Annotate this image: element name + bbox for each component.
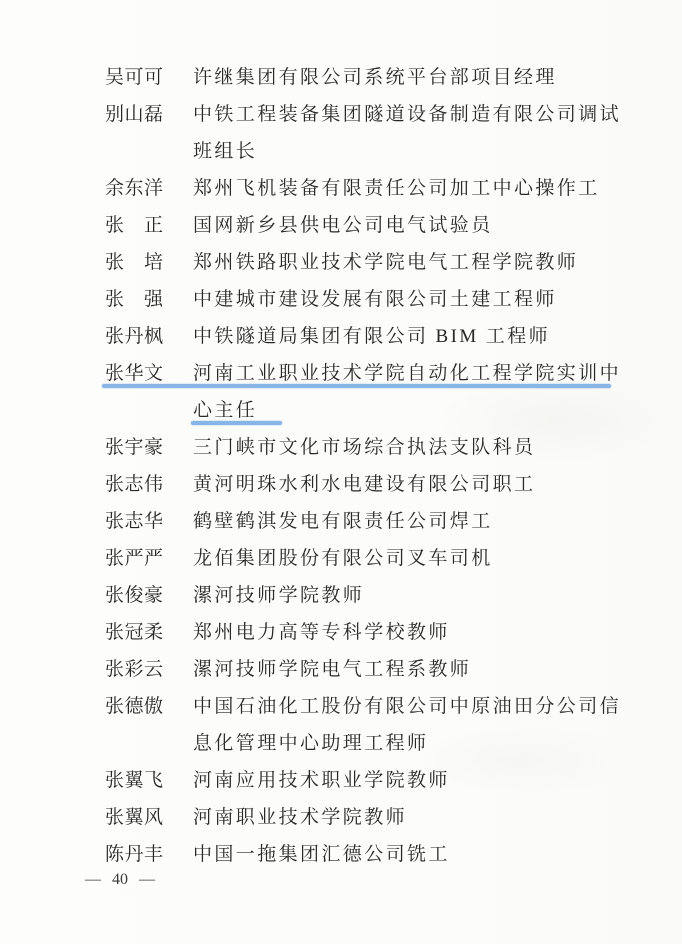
title-line: 河南职业技术学院教师 xyxy=(193,799,407,836)
roster-row: 张冠柔郑州电力高等专科学校教师 xyxy=(105,614,682,651)
person-title: 中铁工程装备集团隧道设备制造有限公司调试班组长 xyxy=(193,96,621,170)
title-line: 鹤壁鹤淇发电有限责任公司焊工 xyxy=(193,503,493,540)
roster-row: 张志伟黄河明珠水利水电建设有限公司职工 xyxy=(105,466,682,503)
person-title: 漯河技师学院电气工程系教师 xyxy=(193,651,471,688)
title-line: 漯河技师学院电气工程系教师 xyxy=(193,651,471,688)
roster-row: 张俊豪漯河技师学院教师 xyxy=(105,577,682,614)
person-title: 中国一拖集团汇德公司铣工 xyxy=(193,836,450,873)
person-title: 郑州电力高等专科学校教师 xyxy=(193,614,450,651)
roster-row: 张华文河南工业职业技术学院自动化工程学院实训中心主任 xyxy=(105,355,682,429)
person-name: 张德傲 xyxy=(105,688,167,725)
person-name: 张 强 xyxy=(105,281,167,318)
title-line: 漯河技师学院教师 xyxy=(193,577,364,614)
person-name: 张冠柔 xyxy=(105,614,167,651)
person-title: 龙佰集团股份有限公司叉车司机 xyxy=(193,540,493,577)
title-line: 中铁隧道局集团有限公司 BIM 工程师 xyxy=(193,318,550,355)
person-title: 郑州铁路职业技术学院电气工程学院教师 xyxy=(193,244,578,281)
roster-row: 张德傲中国石油化工股份有限公司中原油田分公司信息化管理中心助理工程师 xyxy=(105,688,682,762)
roster-row: 张志华鹤壁鹤淇发电有限责任公司焊工 xyxy=(105,503,682,540)
person-name: 张志伟 xyxy=(105,466,167,503)
person-name: 张彩云 xyxy=(105,651,167,688)
roster-row: 张 强中建城市建设发展有限公司土建工程师 xyxy=(105,281,682,318)
title-line: 班组长 xyxy=(193,133,621,170)
roster-row: 张彩云漯河技师学院电气工程系教师 xyxy=(105,651,682,688)
roster-row: 张 正国网新乡县供电公司电气试验员 xyxy=(105,207,682,244)
person-name: 张严严 xyxy=(105,540,167,577)
title-line: 息化管理中心助理工程师 xyxy=(193,725,621,762)
page-footer: — 40 — xyxy=(85,871,155,889)
title-line: 中铁工程装备集团隧道设备制造有限公司调试 xyxy=(193,96,621,133)
title-line: 中国石油化工股份有限公司中原油田分公司信 xyxy=(193,688,621,725)
title-line: 国网新乡县供电公司电气试验员 xyxy=(193,207,493,244)
highlight-underline-line1 xyxy=(102,384,611,388)
person-title: 郑州飞机装备有限责任公司加工中心操作工 xyxy=(193,170,600,207)
page-number: 40 xyxy=(112,871,128,889)
person-title: 许继集团有限公司系统平台部项目经理 xyxy=(193,59,557,96)
document-page: 吴可可许继集团有限公司系统平台部项目经理别山磊中铁工程装备集团隧道设备制造有限公… xyxy=(0,0,682,944)
title-line: 郑州飞机装备有限责任公司加工中心操作工 xyxy=(193,170,600,207)
person-name: 余东洋 xyxy=(105,170,167,207)
person-name: 张志华 xyxy=(105,503,167,540)
person-name: 张 正 xyxy=(105,207,167,244)
person-name: 陈丹丰 xyxy=(105,836,167,873)
roster-row: 张翼飞河南应用技术职业学院教师 xyxy=(105,762,682,799)
roster-row: 张翼风河南职业技术学院教师 xyxy=(105,799,682,836)
roster-row: 别山磊中铁工程装备集团隧道设备制造有限公司调试班组长 xyxy=(105,96,682,170)
title-line: 郑州铁路职业技术学院电气工程学院教师 xyxy=(193,244,578,281)
person-name: 别山磊 xyxy=(105,96,167,133)
person-name: 张丹枫 xyxy=(105,318,167,355)
roster-row: 张严严龙佰集团股份有限公司叉车司机 xyxy=(105,540,682,577)
person-name: 张翼风 xyxy=(105,799,167,836)
title-line: 三门峡市文化市场综合执法支队科员 xyxy=(193,429,535,466)
roster-row: 陈丹丰中国一拖集团汇德公司铣工 xyxy=(105,836,682,873)
roster-row: 张 培郑州铁路职业技术学院电气工程学院教师 xyxy=(105,244,682,281)
title-line: 郑州电力高等专科学校教师 xyxy=(193,614,450,651)
person-title: 黄河明珠水利水电建设有限公司职工 xyxy=(193,466,535,503)
person-title: 三门峡市文化市场综合执法支队科员 xyxy=(193,429,535,466)
person-title: 国网新乡县供电公司电气试验员 xyxy=(193,207,493,244)
roster-row: 张宇豪三门峡市文化市场综合执法支队科员 xyxy=(105,429,682,466)
title-line: 河南应用技术职业学院教师 xyxy=(193,762,450,799)
person-title: 河南工业职业技术学院自动化工程学院实训中心主任 xyxy=(193,355,621,429)
roster-row: 吴可可许继集团有限公司系统平台部项目经理 xyxy=(105,59,682,96)
title-line: 黄河明珠水利水电建设有限公司职工 xyxy=(193,466,535,503)
person-title: 鹤壁鹤淇发电有限责任公司焊工 xyxy=(193,503,493,540)
person-title: 河南应用技术职业学院教师 xyxy=(193,762,450,799)
footer-dash-right: — xyxy=(139,871,155,889)
roster-list: 吴可可许继集团有限公司系统平台部项目经理别山磊中铁工程装备集团隧道设备制造有限公… xyxy=(105,59,682,873)
person-name: 张宇豪 xyxy=(105,429,167,466)
footer-dash-left: — xyxy=(85,871,101,889)
roster-row: 张丹枫中铁隧道局集团有限公司 BIM 工程师 xyxy=(105,318,682,355)
title-line: 许继集团有限公司系统平台部项目经理 xyxy=(193,59,557,96)
person-title: 河南职业技术学院教师 xyxy=(193,799,407,836)
person-title: 漯河技师学院教师 xyxy=(193,577,364,614)
title-line: 中国一拖集团汇德公司铣工 xyxy=(193,836,450,873)
person-name: 张俊豪 xyxy=(105,577,167,614)
roster-row: 余东洋郑州飞机装备有限责任公司加工中心操作工 xyxy=(105,170,682,207)
person-name: 吴可可 xyxy=(105,59,167,96)
title-line: 龙佰集团股份有限公司叉车司机 xyxy=(193,540,493,577)
person-name: 张 培 xyxy=(105,244,167,281)
highlight-underline-line2 xyxy=(191,421,282,425)
person-name: 张翼飞 xyxy=(105,762,167,799)
person-title: 中国石油化工股份有限公司中原油田分公司信息化管理中心助理工程师 xyxy=(193,688,621,762)
person-title: 中建城市建设发展有限公司土建工程师 xyxy=(193,281,557,318)
person-title: 中铁隧道局集团有限公司 BIM 工程师 xyxy=(193,318,550,355)
title-line: 中建城市建设发展有限公司土建工程师 xyxy=(193,281,557,318)
